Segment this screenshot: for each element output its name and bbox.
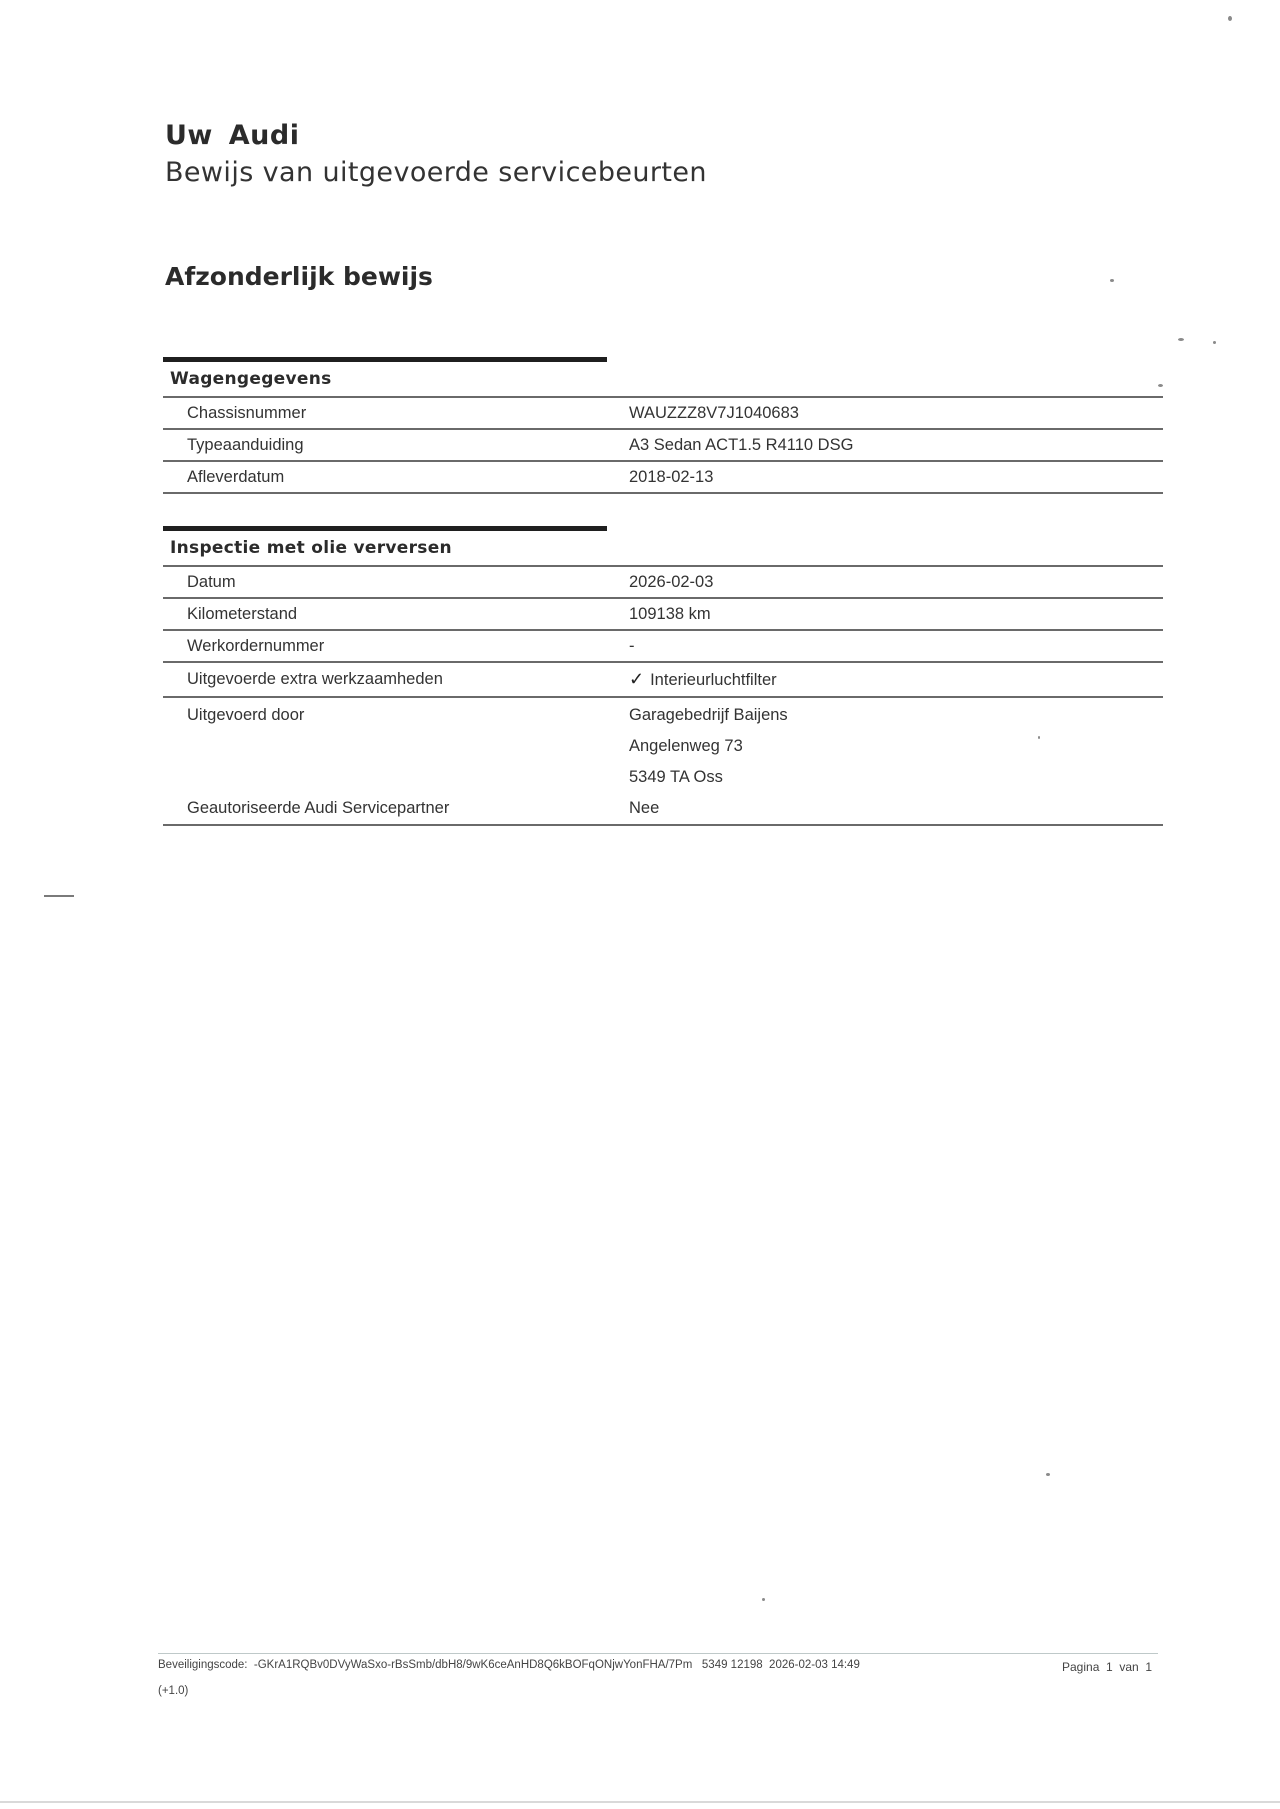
security-code: Beveiligingscode: -GKrA1RQBv0DVyWaSxo-rB…: [158, 1659, 860, 1671]
scan-speck: [1110, 279, 1114, 282]
row-label: Uitgevoerde extra werkzaamheden: [163, 663, 629, 696]
garage-city: 5349 TA Oss: [629, 762, 1163, 793]
page-title: Uw Audi: [165, 120, 299, 151]
row-label: Chassisnummer: [163, 398, 629, 428]
table-row-performed-by: Uitgevoerd door Garagebedrijf Baijens An…: [163, 698, 1163, 793]
row-value: -: [629, 631, 1163, 661]
vehicle-data-table: Wagengegevens Chassisnummer WAUZZZ8V7J10…: [163, 357, 1163, 494]
scan-speck: [762, 1598, 765, 1601]
row-label: Datum: [163, 567, 629, 597]
page-number: Pagina 1 van 1: [1062, 1660, 1152, 1674]
version-label: (+1.0): [158, 1685, 188, 1697]
row-value: 2018-02-13: [629, 462, 1163, 492]
scan-speck: [1228, 16, 1232, 21]
service-heading: Inspectie met olie verversen: [163, 531, 1163, 567]
section-title: Afzonderlijk bewijs: [165, 262, 433, 291]
table-row-extra-work: Uitgevoerde extra werkzaamheden ✓Interie…: [163, 663, 1163, 698]
scan-mark: [44, 895, 74, 897]
row-value: Nee: [629, 793, 1163, 824]
table-row: Werkordernummer -: [163, 631, 1163, 663]
scan-speck: [1178, 338, 1184, 341]
garage-name: Garagebedrijf Baijens: [629, 700, 1163, 731]
scan-speck: [1046, 1473, 1050, 1476]
row-label: Geautoriseerde Audi Servicepartner: [163, 793, 629, 824]
extra-work-item: Interieurluchtfilter: [650, 671, 777, 689]
row-value: ✓Interieurluchtfilter: [629, 663, 1163, 696]
vehicle-data-heading: Wagengegevens: [163, 362, 1163, 398]
row-label: Uitgevoerd door: [187, 700, 629, 731]
row-label: Afleverdatum: [163, 462, 629, 492]
row-value: 109138 km: [629, 599, 1163, 629]
row-value: A3 Sedan ACT1.5 R4110 DSG: [629, 430, 1163, 460]
page-subtitle: Bewijs van uitgevoerde servicebeurten: [165, 157, 707, 188]
row-label: Werkordernummer: [163, 631, 629, 661]
table-row: Datum 2026-02-03: [163, 567, 1163, 599]
scan-speck: [1038, 736, 1040, 739]
scan-speck: [1213, 341, 1216, 344]
checkmark-icon: ✓: [629, 669, 644, 689]
service-table: Inspectie met olie verversen Datum 2026-…: [163, 526, 1163, 826]
table-row: Afleverdatum 2018-02-13: [163, 462, 1163, 494]
table-row: Kilometerstand 109138 km: [163, 599, 1163, 631]
garage-street: Angelenweg 73: [629, 731, 1163, 762]
row-label: Typeaanduiding: [163, 430, 629, 460]
scan-speck: [1158, 384, 1163, 387]
row-value: WAUZZZ8V7J1040683: [629, 398, 1163, 428]
page-bottom-edge: [0, 1801, 1280, 1803]
table-row-authorized: Geautoriseerde Audi Servicepartner Nee: [163, 793, 1163, 826]
row-value: 2026-02-03: [629, 567, 1163, 597]
footer-divider: [158, 1653, 1158, 1654]
row-label: Kilometerstand: [163, 599, 629, 629]
table-row: Typeaanduiding A3 Sedan ACT1.5 R4110 DSG: [163, 430, 1163, 462]
table-row: Chassisnummer WAUZZZ8V7J1040683: [163, 398, 1163, 430]
